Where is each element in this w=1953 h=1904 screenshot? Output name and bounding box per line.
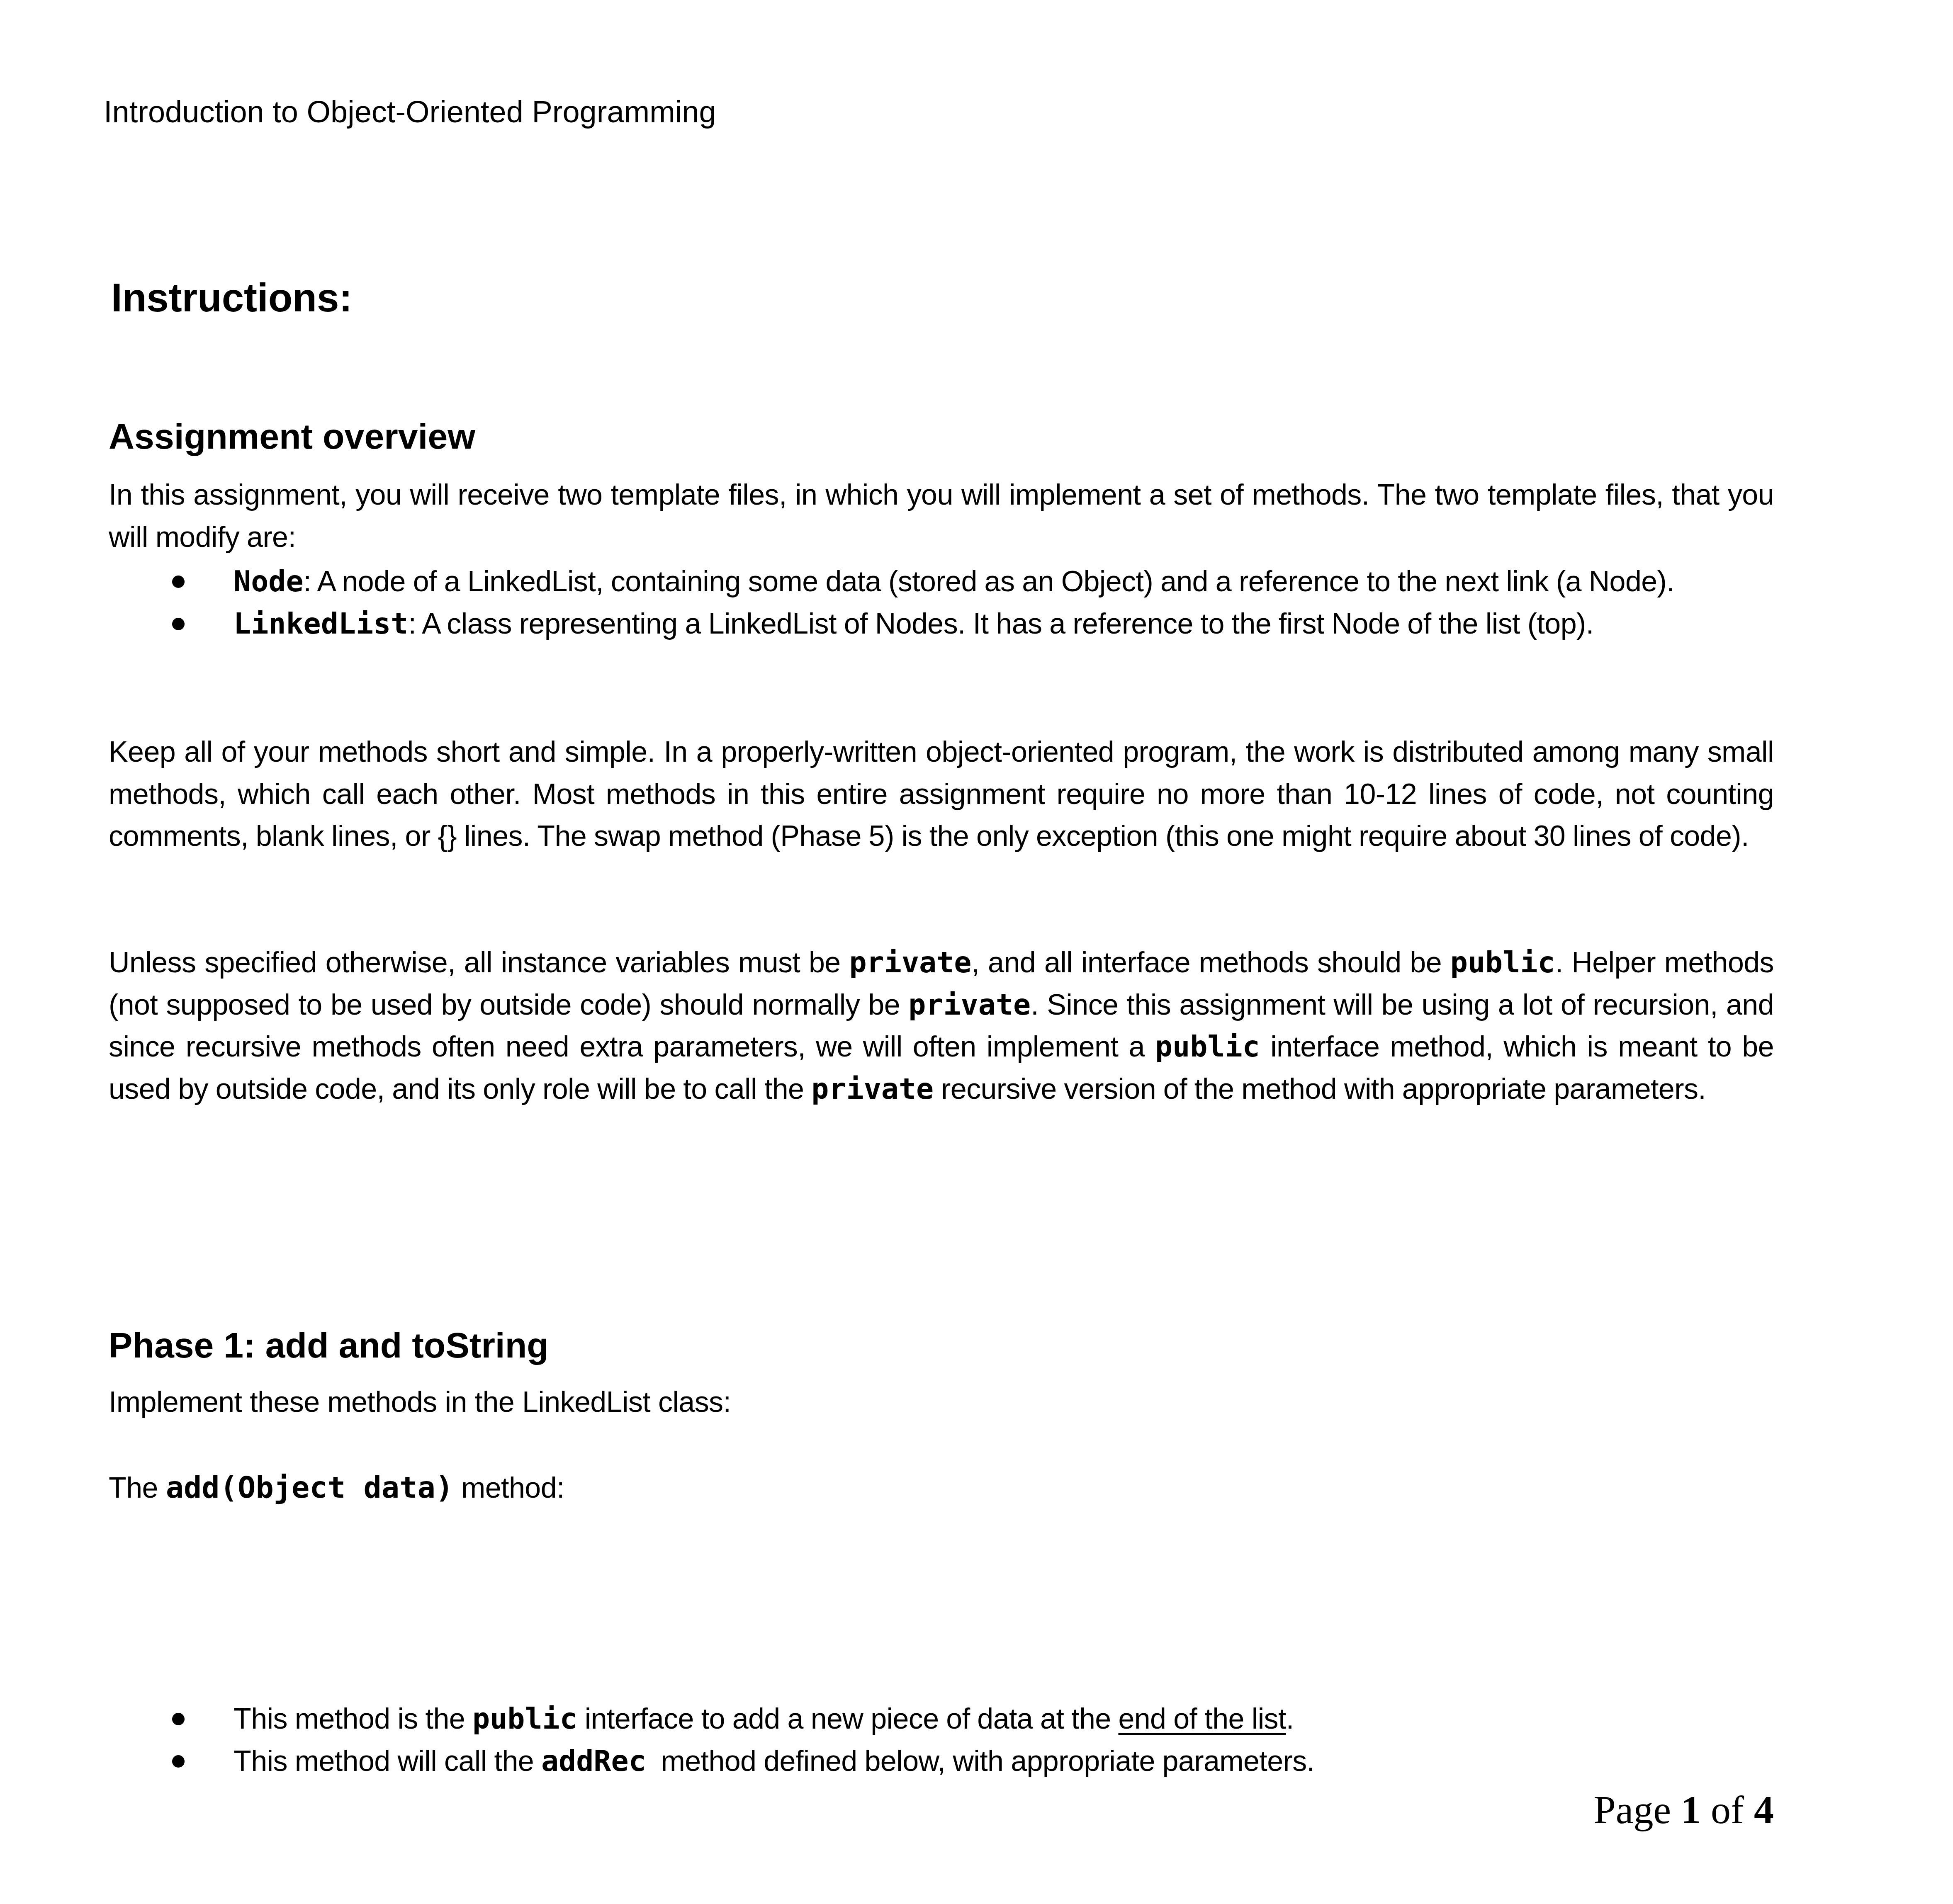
list-item-node-file: Node: A node of a LinkedList, containing…: [109, 560, 1774, 602]
keyword-public: public: [1450, 945, 1555, 979]
page-number-footer: Page 1 of 4: [1593, 1785, 1774, 1835]
keyword-private: private: [908, 988, 1031, 1022]
list-item-public-interface: This method is the public interface to a…: [109, 1698, 1774, 1740]
add-method-title: The add(Object data) method:: [109, 1467, 564, 1509]
method-name-addrec: addRec: [541, 1744, 646, 1778]
assignment-overview-heading: Assignment overview: [109, 416, 475, 457]
overview-intro-paragraph: In this assignment, you will receive two…: [109, 474, 1774, 558]
class-name-linkedlist: LinkedList: [233, 607, 408, 641]
phase1-intro: Implement these methods in the LinkedLis…: [109, 1381, 731, 1423]
list-item-linkedlist-file: LinkedList: A class representing a Linke…: [109, 602, 1774, 645]
instructions-heading: Instructions:: [111, 275, 352, 321]
underlined-end-of-list: end of the list: [1118, 1702, 1286, 1735]
current-page-number: 1: [1681, 1787, 1701, 1832]
keyword-public: public: [1155, 1030, 1260, 1064]
running-header: Introduction to Object-Oriented Programm…: [104, 93, 716, 131]
method-signature-add: add(Object data): [166, 1470, 454, 1505]
document-page: Introduction to Object-Oriented Programm…: [0, 0, 1953, 1904]
keep-methods-short-paragraph: Keep all of your methods short and simpl…: [109, 731, 1774, 857]
bullet-icon: [172, 1755, 185, 1768]
bullet-icon: [172, 618, 185, 630]
template-files-list: Node: A node of a LinkedList, containing…: [109, 560, 1774, 645]
keyword-private: private: [811, 1072, 934, 1106]
bullet-icon: [172, 576, 185, 588]
keyword-private: private: [849, 945, 971, 979]
file-description: A class representing a LinkedList of Nod…: [416, 607, 1593, 640]
file-description: A node of a LinkedList, containing some …: [311, 565, 1674, 597]
total-pages-number: 4: [1754, 1787, 1774, 1832]
list-item-calls-addrec: This method will call the addRec method …: [109, 1740, 1774, 1782]
visibility-rules-paragraph: Unless specified otherwise, all instance…: [109, 942, 1774, 1110]
class-name-node: Node: [233, 564, 304, 598]
add-method-bullets: This method is the public interface to a…: [109, 1698, 1774, 1782]
bullet-icon: [172, 1713, 185, 1725]
phase1-heading: Phase 1: add and toString: [109, 1325, 549, 1366]
keyword-public: public: [472, 1702, 577, 1736]
